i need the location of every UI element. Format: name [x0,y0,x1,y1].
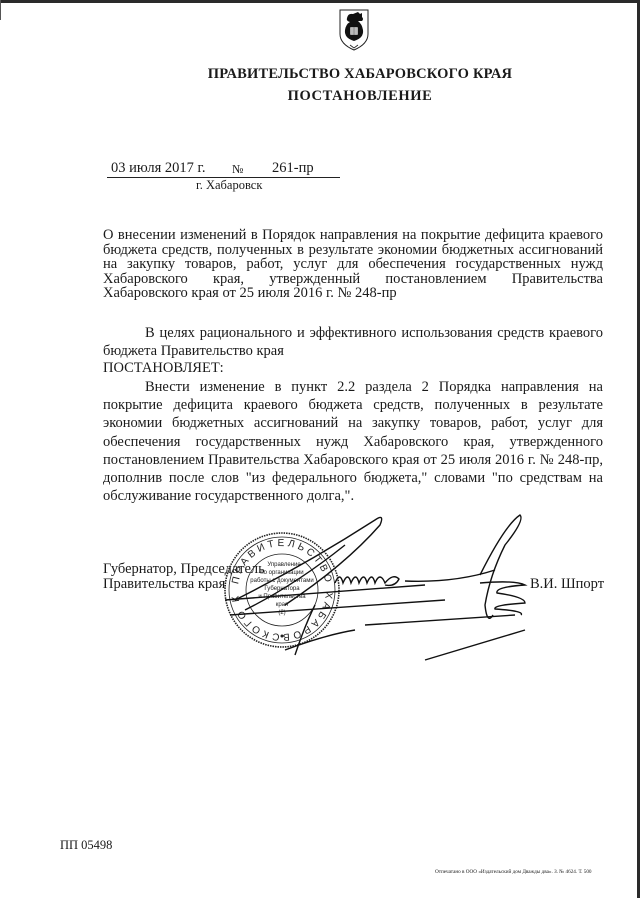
document-code: ПП 05498 [60,838,112,853]
coat-of-arms-icon [338,8,370,52]
organization-title: ПРАВИТЕЛЬСТВО ХАБАРОВСКОГО КРАЯ [0,66,640,83]
scan-border-top [0,0,640,3]
handwritten-signature [225,505,565,665]
printer-imprint: Отпечатано в ООО «Издательский дом Дважд… [435,869,592,875]
document-number: 261-пр [272,160,314,177]
decides-heading: ПОСТАНОВЛЯЕТ: [103,360,224,377]
number-sign: № [232,162,243,177]
city: г. Хабаровск [196,178,262,193]
resolution-body: Внести изменение в пункт 2.2 раздела 2 П… [103,378,603,505]
date-number-line: 03 июля 2017 г. № 261-пр [107,160,340,178]
preamble: В целях рационального и эффективного исп… [103,324,603,360]
document-subject: О внесении изменений в Порядок направлен… [103,228,603,301]
document-date: 03 июля 2017 г. [111,160,205,177]
document-type: ПОСТАНОВЛЕНИЕ [0,88,640,105]
scan-border-left [0,0,1,20]
